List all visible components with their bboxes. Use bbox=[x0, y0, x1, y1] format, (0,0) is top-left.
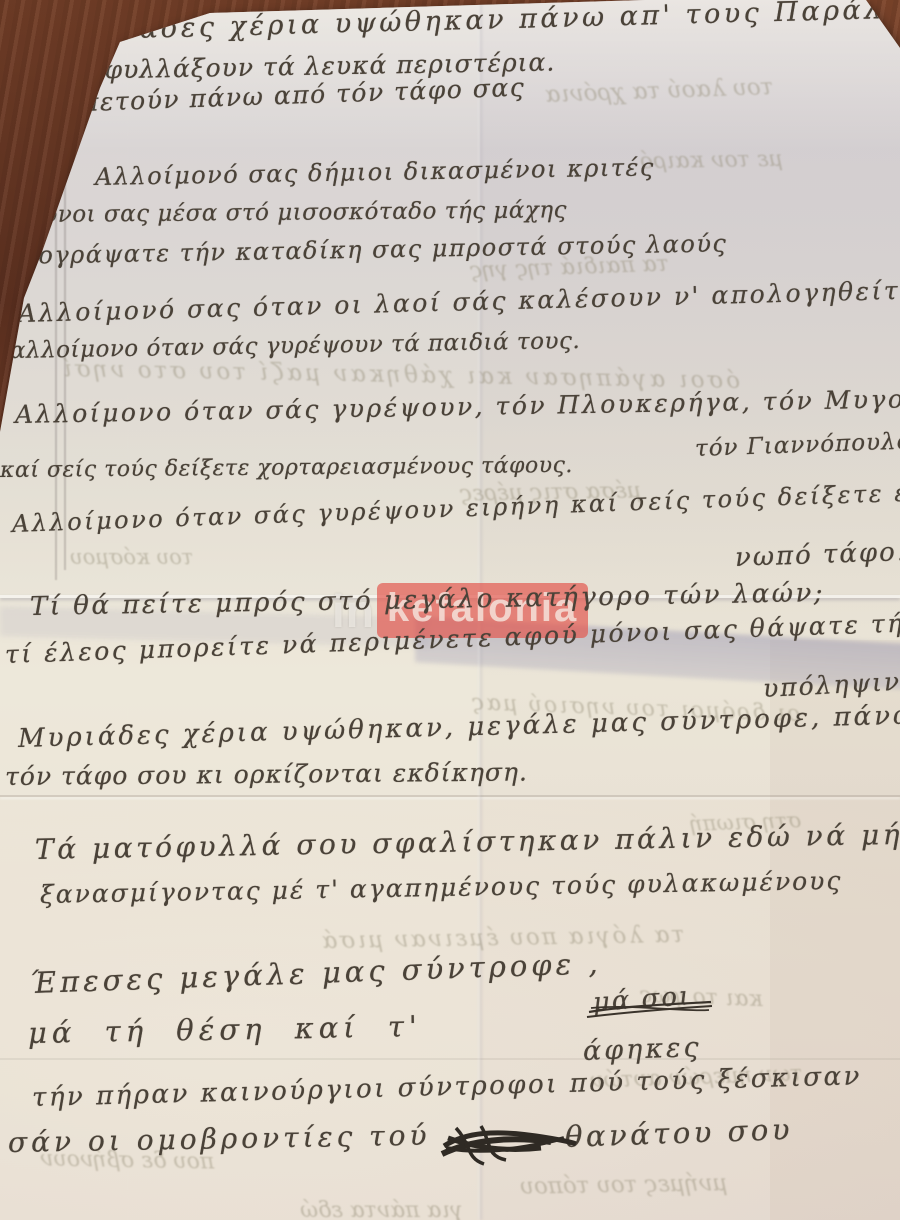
ink-strikethrough-scribble bbox=[585, 990, 715, 1030]
handwritten-line: μά τή θέση καί τ' bbox=[28, 1009, 422, 1050]
letter-paper-wrapper: του λαού τα χρόνια με τον καιρό τα παιδι… bbox=[0, 0, 900, 1220]
handwritten-line: Αλλοίμονό σας όταν οι λαοί σάς καλέσουν … bbox=[18, 275, 900, 328]
handwritten-line: Μυριάδες χέρια υψώθηκαν πάνω απ' τους Πα… bbox=[55, 0, 900, 47]
handwritten-line: θανάτου σου bbox=[564, 1112, 793, 1154]
bleedthrough-text: του λαού τα χρόνια bbox=[545, 74, 774, 108]
handwritten-line: Τά ματόφυλλά σου σφαλίστηκαν πάλιν εδώ ν… bbox=[35, 818, 900, 866]
handwritten-line: Αλλοίμονο όταν σάς γυρέψουν ειρήνη καί σ… bbox=[12, 477, 900, 538]
handwritten-line: Έπεσες μεγάλε μας σύντροφε , bbox=[29, 946, 602, 1000]
handwritten-line: ξανασμίγοντας μέ τ' αγαπημένους τούς φυλ… bbox=[40, 866, 843, 909]
handwritten-line: σάν οι ομοβροντίες τού bbox=[8, 1119, 431, 1159]
handwritten-line: καί σείς τούς δείξετε χορταρειασμένους τ… bbox=[0, 453, 573, 483]
handwritten-line: τόν Γιαννόπουλο bbox=[695, 428, 900, 462]
bleedthrough-text: του κόσμου bbox=[70, 545, 194, 569]
handwritten-line: Μυριάδες χέρια υψώθηκαν, μεγάλε μας σύντ… bbox=[18, 699, 900, 754]
ink-blot-scribble bbox=[436, 1114, 581, 1170]
handwritten-line: Αλλοίμονό σας δήμιοι δικασμένοι κριτές bbox=[95, 153, 655, 191]
handwritten-line: άφηκες bbox=[582, 1032, 702, 1067]
bleedthrough-text: για πάντα εδώ bbox=[300, 1198, 463, 1220]
handwritten-line: τήν πήραν καινούργιοι σύντροφοι πού τούς… bbox=[32, 1061, 863, 1113]
handwritten-line: νωπό τάφο. bbox=[734, 537, 900, 573]
photo-of-letter: του λαού τα χρόνια με τον καιρό τα παιδι… bbox=[0, 0, 900, 1220]
handwritten-line: τόν τάφο σου κι ορκίζονται εκδίκηση. bbox=[5, 757, 528, 791]
handwritten-line: μόνοι σας μέσα στό μισοσκόταδο τής μάχης bbox=[28, 197, 567, 228]
paper-crease bbox=[64, 90, 66, 570]
horizontal-crease bbox=[0, 795, 900, 797]
bleedthrough-text: μνήμες του τόπου bbox=[520, 1170, 728, 1200]
handwritten-line: αλλοίμονο όταν σάς γυρέψουν τά παιδιά το… bbox=[10, 328, 581, 364]
handwritten-line: Αλλοίμονο όταν σάς γυρέψουν, τόν Πλουκερ… bbox=[15, 383, 900, 429]
horizontal-crease bbox=[0, 1058, 900, 1060]
bleedthrough-text: με τον καιρό bbox=[640, 147, 783, 174]
letter-paper: του λαού τα χρόνια με τον καιρό τα παιδι… bbox=[0, 0, 900, 1220]
handwritten-line: υπόληψιν bbox=[762, 667, 900, 703]
